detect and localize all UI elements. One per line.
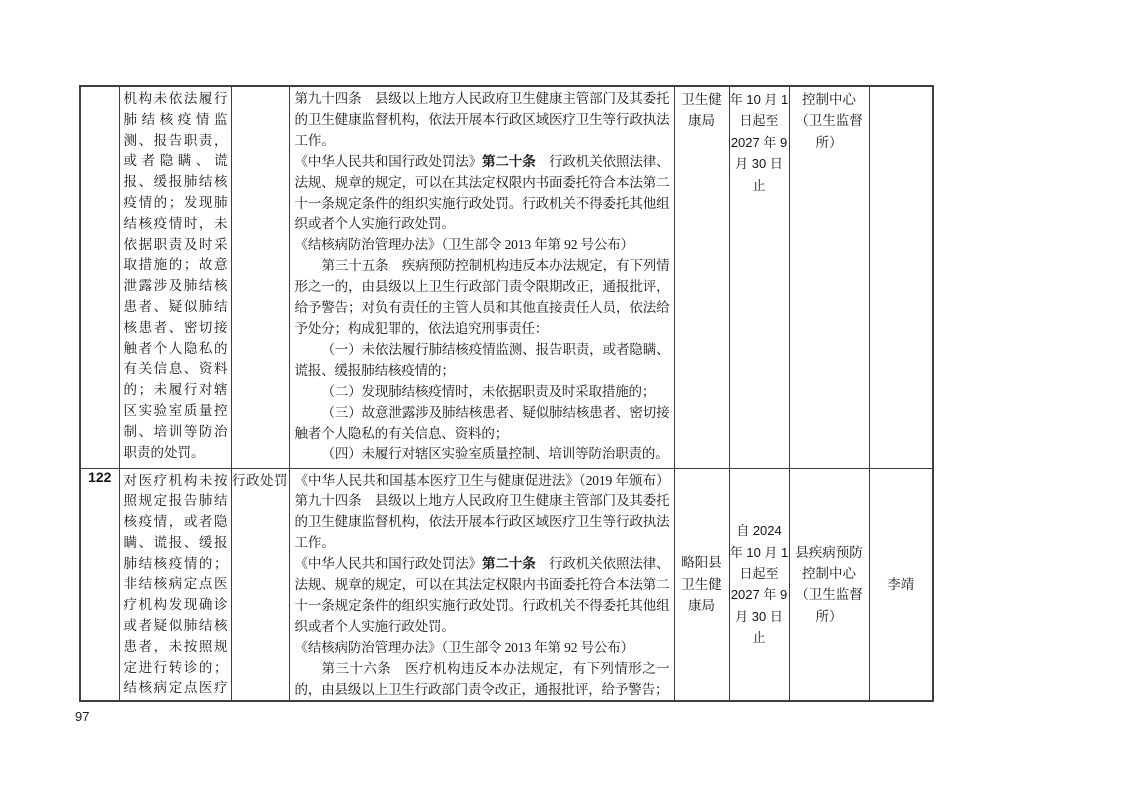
legal-paragraph: 第九十四条 县级以上地方人民政府卫生健康主管部门及其委托的卫生健康监督机构，依法… xyxy=(295,89,670,152)
violation-text: 机构未依法履行肺结核疫情监测、报告职责，或者隐瞒、谎报、缓报肺结核疫情的；发现肺… xyxy=(120,87,231,463)
cell-contact-person xyxy=(869,86,933,468)
legal-paragraph: （二）发现肺结核疫情时，未依据职责及时采取措施的； xyxy=(295,382,670,403)
legal-paragraph: 第三十五条 疾病预防控制机构违反本办法规定，有下列情形之一的，由县级以上卫生行政… xyxy=(295,256,670,340)
cell-contact-person: 李靖 xyxy=(869,468,933,701)
cell-violation-description: 机构未依法履行肺结核疫情监测、报告职责，或者隐瞒、谎报、缓报肺结核疫情的；发现肺… xyxy=(119,86,231,468)
cell-implementing-org: 控制中心 （卫生监督 所） xyxy=(789,86,869,468)
legal-paragraph: （三）故意泄露涉及肺结核患者、疑似肺结核患者、密切接触者个人隐私的有关信息、资料… xyxy=(295,403,670,445)
document-page: 机构未依法履行肺结核疫情监测、报告职责，或者隐瞒、谎报、缓报肺结核疫情的；发现肺… xyxy=(0,0,1122,793)
cell-legal-basis: 第九十四条 县级以上地方人民政府卫生健康主管部门及其委托的卫生健康监督机构，依法… xyxy=(289,86,674,468)
page-number: 97 xyxy=(75,709,89,724)
cell-penalty-type xyxy=(231,86,289,468)
article-number: 第二十条 xyxy=(482,154,536,169)
cell-penalty-type: 行政处罚 xyxy=(231,468,289,701)
legal-paragraph: （一）未依法履行肺结核疫情监测、报告职责，或者隐瞒、谎报、缓报肺结核疫情的； xyxy=(295,340,670,382)
cell-violation-description: 对医疗机构未按照规定报告肺结核疫情，或者隐瞒、谎报、缓报肺结核疫情的；非结核病定… xyxy=(119,468,231,701)
table-row: 122 对医疗机构未按照规定报告肺结核疫情，或者隐瞒、谎报、缓报肺结核疫情的；非… xyxy=(80,468,933,701)
cell-enforcing-authority: 略阳县 卫生健 康局 xyxy=(674,468,729,701)
cell-implementing-org: 县疾病预防 控制中心 （卫生监督 所） xyxy=(789,468,869,701)
violation-text: 对医疗机构未按照规定报告肺结核疫情，或者隐瞒、谎报、缓报肺结核疫情的；非结核病定… xyxy=(120,469,231,700)
cell-enforcing-authority: 卫生健 康局 xyxy=(674,86,729,468)
legal-basis-text: 第九十四条 县级以上地方人民政府卫生健康主管部门及其委托的卫生健康监督机构，依法… xyxy=(290,87,674,465)
legal-basis-text: 《中华人民共和国基本医疗卫生与健康促进法》（2019 年颁布）第九十四条 县级以… xyxy=(290,469,674,701)
legal-paragraph: 《结核病防治管理办法》（卫生部令 2013 年第 92 号公布） xyxy=(295,638,670,659)
cell-validity-period: 年 10 月 1 日起至 2027 年 9 月 30 日 止 xyxy=(729,86,789,468)
legal-paragraph: 《中华人民共和国基本医疗卫生与健康促进法》（2019 年颁布）第九十四条 县级以… xyxy=(295,471,670,555)
legal-paragraph: 《结核病防治管理办法》（卫生部令 2013 年第 92 号公布） xyxy=(295,235,670,256)
cell-legal-basis: 《中华人民共和国基本医疗卫生与健康促进法》（2019 年颁布）第九十四条 县级以… xyxy=(289,468,674,701)
table-row: 机构未依法履行肺结核疫情监测、报告职责，或者隐瞒、谎报、缓报肺结核疫情的；发现肺… xyxy=(80,86,933,468)
cell-sequence-number xyxy=(80,86,119,468)
cell-sequence-number: 122 xyxy=(80,468,119,701)
law-title: 《中华人民共和国行政处罚法》 xyxy=(295,154,483,169)
law-title: 《中华人民共和国行政处罚法》 xyxy=(295,556,483,571)
legal-paragraph: 《中华人民共和国行政处罚法》第二十条 行政机关依照法律、法规、规章的规定，可以在… xyxy=(295,554,670,638)
cell-validity-period: 自 2024 年 10 月 1 日起至 2027 年 9 月 30 日 止 xyxy=(729,468,789,701)
legal-paragraph: 《中华人民共和国行政处罚法》第二十条 行政机关依照法律、法规、规章的规定，可以在… xyxy=(295,152,670,236)
legal-paragraph: 第三十六条 医疗机构违反本办法规定，有下列情形之一的，由县级以上卫生行政部门责令… xyxy=(295,659,670,701)
article-number: 第二十条 xyxy=(482,556,536,571)
penalty-items-table: 机构未依法履行肺结核疫情监测、报告职责，或者隐瞒、谎报、缓报肺结核疫情的；发现肺… xyxy=(79,85,934,702)
legal-paragraph: （四）未履行对辖区实验室质量控制、培训等防治职责的。 xyxy=(295,444,670,465)
